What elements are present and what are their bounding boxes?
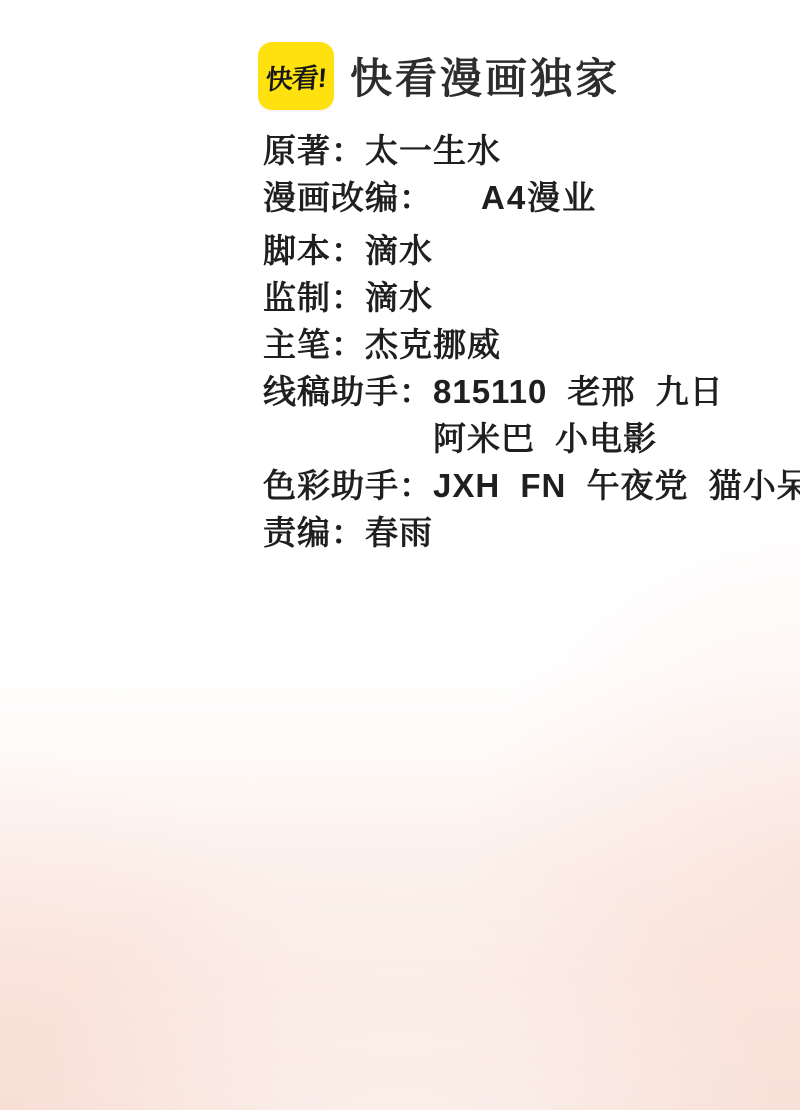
credit-row: 线稿助手： (263, 375, 800, 456)
credit-row: 色彩助手： (263, 469, 800, 503)
credit-value: 春雨 (365, 516, 433, 550)
credits-list: 原著： (263, 134, 800, 550)
credit-label: 线稿助手： (263, 375, 433, 409)
credit-row: 监制： (263, 281, 800, 315)
credit-label: 责编： (263, 516, 365, 550)
credit-row: 漫画改编： (263, 181, 800, 221)
page-title: 快看漫画独家 (350, 46, 620, 106)
credit-value: 太一生水 (365, 134, 501, 168)
header: 快看! 快看漫画独家 (258, 42, 620, 110)
credit-value: 滴水 (365, 234, 433, 268)
credit-value: 滴水 (365, 281, 433, 315)
credit-label: 脚本： (263, 234, 365, 268)
credit-value: 杰克挪威 (365, 328, 501, 362)
credit-label: 主笔： (263, 328, 365, 362)
credit-value: JXH FN 午夜党 猫小呆 (433, 469, 800, 503)
credit-row: 责编： (263, 516, 800, 550)
credit-label: 监制： (263, 281, 365, 315)
credit-row: 脚本： (263, 234, 800, 268)
credit-value: 815110 老邢 九日阿米巴 小电影 (433, 375, 724, 456)
credit-label: 原著： (263, 134, 365, 168)
a4-manye-logo-icon (435, 179, 475, 221)
credit-label: 漫画改编： (263, 181, 433, 215)
credit-value: A4漫业 (481, 181, 597, 215)
kuaikan-badge-text: 快看! (265, 55, 328, 96)
credits-page: 快看! 快看漫画独家 原著： (0, 0, 800, 1110)
kuaikan-logo-badge: 快看! (258, 42, 334, 110)
credit-value-line2: 阿米巴 小电影 (433, 422, 724, 456)
credit-row: 主笔： (263, 328, 800, 362)
credit-label: 色彩助手： (263, 469, 433, 503)
credit-row: 原著： (263, 134, 800, 168)
